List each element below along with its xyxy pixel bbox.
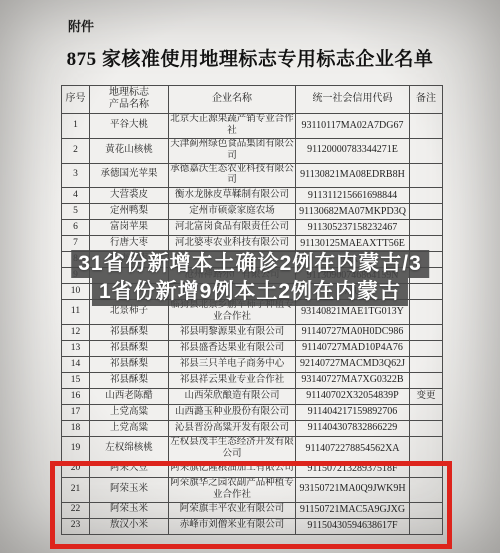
cell-remark (410, 188, 443, 204)
cell-product: 祁县酥梨 (90, 325, 169, 341)
cell-company: 山西潞玉种业股份有限公司 (169, 405, 296, 421)
cell-credit-code: 911404307832866229 (296, 421, 410, 437)
table-row: 5 定州鸭梨 定州市硕豪家庭农场 91130682MA07MKPD3Q (62, 204, 443, 220)
cell-product: 黄花山核桃 (90, 138, 169, 163)
cell-index: 10 (62, 284, 90, 300)
table-row: 16 山西老陈醋 山西荣欣酿造有限公司 91140702X32054839P 变… (62, 389, 443, 405)
attachment-label: 附件 (68, 16, 94, 35)
cell-credit-code: 92140727MACMD3Q62J (296, 357, 410, 373)
cell-index: 15 (62, 373, 90, 389)
cell-credit-code: 911305237158232467 (296, 220, 410, 236)
cell-product: 大营裘皮 (90, 188, 169, 204)
cell-remark (410, 421, 443, 437)
cell-index: 12 (62, 325, 90, 341)
cell-credit-code: 93110117MA02A7DG67 (296, 114, 410, 139)
cell-credit-code: 91140727MA0H0DC986 (296, 325, 410, 341)
cell-product: 上党高粱 (90, 421, 169, 437)
cell-remark (410, 300, 443, 325)
news-overlay-line2: 1省份新增9例本土2例在内蒙古 (92, 278, 408, 306)
cell-index: 17 (62, 405, 90, 421)
table-header-row: 序号 地理标志产品名称 企业名称 统一社会信用代码 备注 (62, 86, 443, 114)
cell-company: 祁县明黎源果业有限公司 (169, 325, 296, 341)
cell-credit-code: 911404217159892706 (296, 405, 410, 421)
cell-company: 定州市硕豪家庭农场 (169, 204, 296, 220)
cell-product: 平谷大桃 (90, 114, 169, 139)
cell-company: 承德嘉沃生态农业科技有限公司 (169, 163, 296, 188)
cell-index: 14 (62, 357, 90, 373)
cell-index: 6 (62, 220, 90, 236)
cell-remark (410, 325, 443, 341)
column-header-code: 统一社会信用代码 (296, 86, 410, 114)
page-title: 875 家核准使用地理标志专用标志企业名单 (0, 44, 500, 71)
table-row: 23 敖汉小米 赤峰市刘僧米业有限公司 91150430594638617F (62, 518, 443, 534)
cell-company: 祁县三只羊电子商务中心 (169, 357, 296, 373)
cell-company: 阿荣旗丰平农业有限公司 (169, 502, 296, 518)
cell-credit-code: 91140727MAD10P4A76 (296, 341, 410, 357)
table-row: 2 黄花山核桃 天津蓟州绿色食品集团有限公司 91120000783344271… (62, 138, 443, 163)
cell-product: 敖汉小米 (90, 518, 169, 534)
cell-index: 13 (62, 341, 90, 357)
cell-company: 河北富岗食品有限责任公司 (169, 220, 296, 236)
cell-company: 山西荣欣酿造有限公司 (169, 389, 296, 405)
cell-company: 左权县茂丰生态经济开发有限公司 (169, 437, 296, 462)
cell-index: 19 (62, 437, 90, 462)
cell-remark (410, 341, 443, 357)
cell-index: 21 (62, 477, 90, 502)
cell-remark (410, 138, 443, 163)
cell-product: 祁县酥梨 (90, 341, 169, 357)
cell-product: 定州鸭梨 (90, 204, 169, 220)
table-row: 3 承德国光苹果 承德嘉沃生态农业科技有限公司 91130821MA08EDRB… (62, 163, 443, 188)
cell-index: 3 (62, 163, 90, 188)
cell-credit-code: 911311215661698844 (296, 188, 410, 204)
cell-index: 23 (62, 518, 90, 534)
cell-credit-code: 91150721MAC5A9GJXG (296, 502, 410, 518)
cell-product: 阿荣大豆 (90, 461, 169, 477)
table-row: 4 大营裘皮 衡水龙脉皮草鞣制有限公司 911311215661698844 (62, 188, 443, 204)
column-header-no: 序号 (62, 86, 90, 114)
cell-credit-code: 93140727MA7XG0322B (296, 373, 410, 389)
table-row: 1 平谷大桃 北京天正源果蔬产销专业合作社 93110117MA02A7DG67 (62, 114, 443, 139)
column-header-remark: 备注 (410, 86, 443, 114)
table-row: 20 阿荣大豆 阿荣旗亿隆粮油加工有限公司 91150721328937518F (62, 461, 443, 477)
cell-credit-code: 93150721MA0Q9JWK9H (296, 477, 410, 502)
cell-company: 阿荣旗亿隆粮油加工有限公司 (169, 461, 296, 477)
cell-index: 4 (62, 188, 90, 204)
cell-product: 阿荣玉米 (90, 477, 169, 502)
cell-product: 阿荣玉米 (90, 502, 169, 518)
cell-credit-code: 91130682MA07MKPD3Q (296, 204, 410, 220)
cell-remark: 变更 (410, 389, 443, 405)
cell-company: 衡水龙脉皮草鞣制有限公司 (169, 188, 296, 204)
cell-remark (410, 284, 443, 300)
cell-credit-code: 91120000783344271E (296, 138, 410, 163)
cell-remark (410, 357, 443, 373)
cell-product: 承德国光苹果 (90, 163, 169, 188)
document-photo: 附件 875 家核准使用地理标志专用标志企业名单 序号 地理标志产品名称 企业名… (0, 0, 500, 553)
cell-product: 左权绵核桃 (90, 437, 169, 462)
cell-index: 2 (62, 138, 90, 163)
column-header-product: 地理标志产品名称 (90, 86, 169, 114)
cell-company: 阿荣旗华之园农副产品种植专业合作社 (169, 477, 296, 502)
table-row: 18 上党高粱 沁县晋汾高粱开发有限公司 911404307832866229 (62, 421, 443, 437)
cell-credit-code: 91130821MA08EDRB8H (296, 163, 410, 188)
cell-remark (410, 461, 443, 477)
table-row: 6 富岗苹果 河北富岗食品有限责任公司 911305237158232467 (62, 220, 443, 236)
cell-company: 天津蓟州绿色食品集团有限公司 (169, 138, 296, 163)
table-row: 15 祁县酥梨 祁县祥云果业专业合作社 93140727MA7XG0322B (62, 373, 443, 389)
cell-remark (410, 220, 443, 236)
cell-index: 5 (62, 204, 90, 220)
table-row: 12 祁县酥梨 祁县明黎源果业有限公司 91140727MA0H0DC986 (62, 325, 443, 341)
cell-remark (410, 204, 443, 220)
cell-product: 祁县酥梨 (90, 357, 169, 373)
cell-product: 富岗苹果 (90, 220, 169, 236)
cell-index: 11 (62, 300, 90, 325)
cell-remark (410, 163, 443, 188)
news-overlay-line1: 31省份新增本土确诊2例在内蒙古/3 (71, 250, 429, 278)
table-row: 17 上党高粱 山西潞玉种业股份有限公司 911404217159892706 (62, 405, 443, 421)
cell-index: 20 (62, 461, 90, 477)
table-row: 22 阿荣玉米 阿荣旗丰平农业有限公司 91150721MAC5A9GJXG (62, 502, 443, 518)
cell-index: 1 (62, 114, 90, 139)
cell-credit-code: 91140702X32054839P (296, 389, 410, 405)
table-body: 1 平谷大桃 北京天正源果蔬产销专业合作社 93110117MA02A7DG67… (62, 114, 443, 535)
cell-remark (410, 405, 443, 421)
cell-company: 祁县盛香达果业有限公司 (169, 341, 296, 357)
cell-remark (410, 373, 443, 389)
cell-company: 祁县祥云果业专业合作社 (169, 373, 296, 389)
cell-remark (410, 437, 443, 462)
cell-credit-code: 91150721328937518F (296, 461, 410, 477)
cell-company: 沁县晋汾高粱开发有限公司 (169, 421, 296, 437)
cell-company: 北京天正源果蔬产销专业合作社 (169, 114, 296, 139)
cell-remark (410, 518, 443, 534)
cell-remark (410, 477, 443, 502)
cell-product: 山西老陈醋 (90, 389, 169, 405)
cell-credit-code: 91150430594638617F (296, 518, 410, 534)
cell-credit-code: 9114072278854562XA (296, 437, 410, 462)
cell-remark (410, 502, 443, 518)
cell-index: 16 (62, 389, 90, 405)
cell-index: 18 (62, 421, 90, 437)
cell-product: 祁县酥梨 (90, 373, 169, 389)
cell-product: 上党高粱 (90, 405, 169, 421)
column-header-company: 企业名称 (169, 86, 296, 114)
cell-company: 赤峰市刘僧米业有限公司 (169, 518, 296, 534)
table-row: 14 祁县酥梨 祁县三只羊电子商务中心 92140727MACMD3Q62J (62, 357, 443, 373)
enterprise-table: 序号 地理标志产品名称 企业名称 统一社会信用代码 备注 1 平谷大桃 北京天正… (61, 85, 443, 535)
table-row: 19 左权绵核桃 左权县茂丰生态经济开发有限公司 911407227885456… (62, 437, 443, 462)
cell-index: 22 (62, 502, 90, 518)
cell-remark (410, 114, 443, 139)
table-row: 13 祁县酥梨 祁县盛香达果业有限公司 91140727MAD10P4A76 (62, 341, 443, 357)
table-row: 21 阿荣玉米 阿荣旗华之园农副产品种植专业合作社 93150721MA0Q9J… (62, 477, 443, 502)
